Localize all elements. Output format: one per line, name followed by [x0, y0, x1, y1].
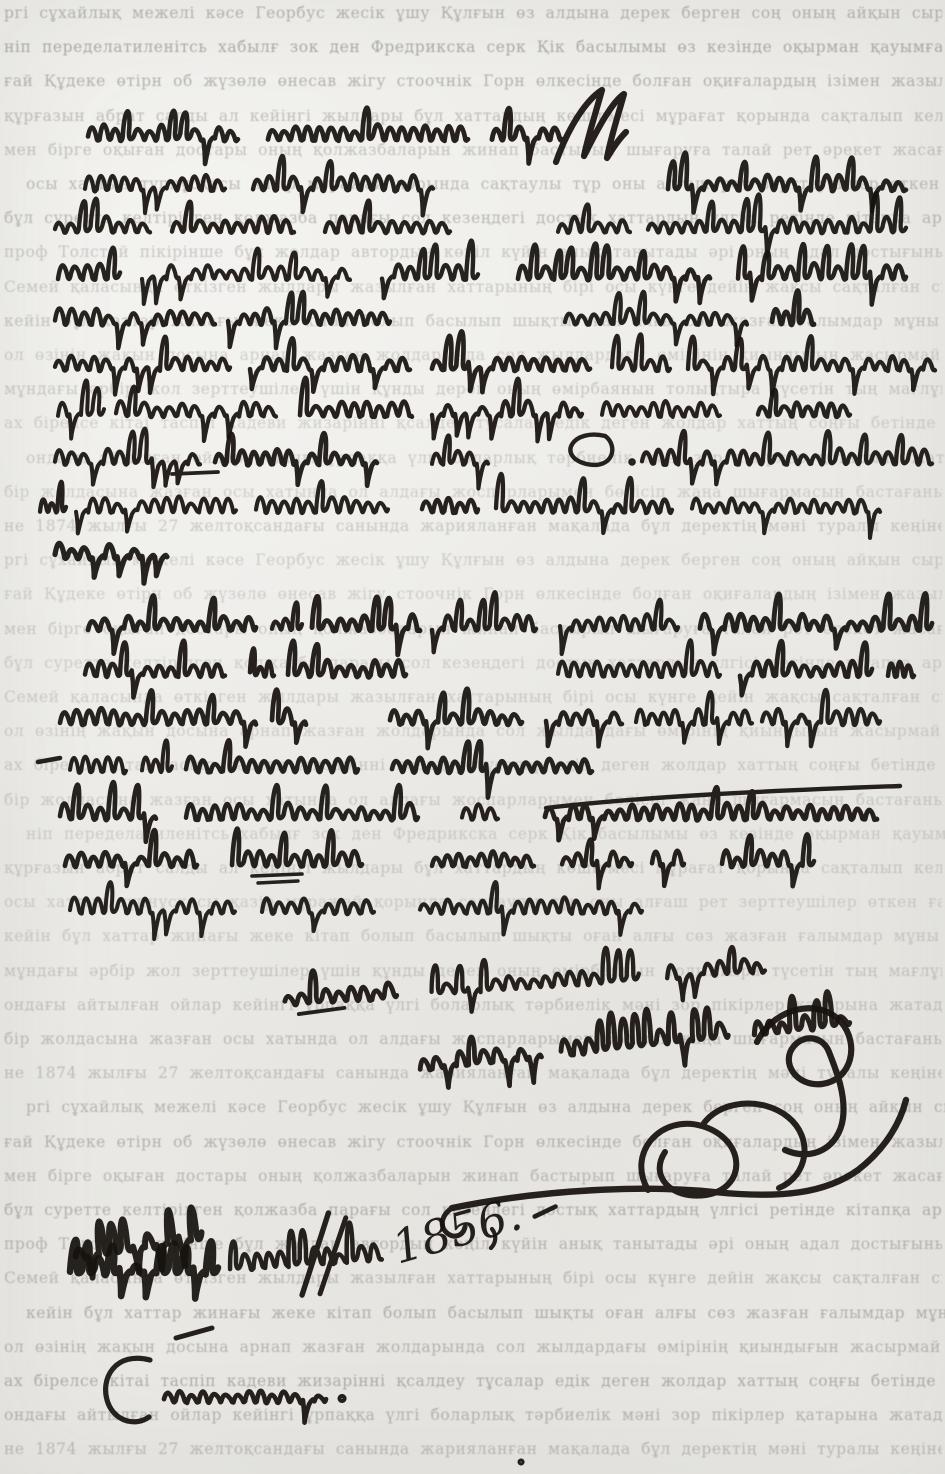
- ink-stroke: [432, 851, 534, 867]
- ink-stroke: [186, 785, 418, 820]
- hw-line-17: [70, 882, 642, 939]
- ink-stroke: [558, 640, 720, 677]
- hw-line-14: [38, 740, 592, 797]
- ink-stroke: [392, 741, 592, 797]
- ink-stroke: [432, 592, 536, 652]
- ink-stroke: [340, 1396, 345, 1401]
- document-page: ргі сұхайлық межелі кәсе Георбус жесік ұ…: [0, 0, 945, 1474]
- ink-stroke: [176, 1328, 212, 1338]
- ink-stroke: [250, 648, 274, 676]
- ink-stroke: [546, 711, 622, 747]
- ink-stroke: [55, 199, 150, 233]
- ink-stroke: [772, 291, 814, 325]
- ink-stroke: [164, 1391, 326, 1423]
- ink-stroke: [262, 898, 374, 931]
- ink-stroke: [692, 498, 880, 537]
- ink-stroke: [565, 292, 747, 346]
- ink-stroke: [652, 851, 684, 886]
- ink-stroke: [40, 482, 66, 513]
- ink-stroke: [252, 874, 302, 876]
- ink-stroke: [630, 460, 634, 464]
- hw-line-10: [55, 543, 167, 583]
- ink-stroke: [88, 596, 256, 654]
- ink-stroke: [142, 740, 172, 772]
- ink-stroke: [432, 379, 582, 441]
- ink-stroke: [688, 336, 935, 394]
- ink-stroke: [38, 758, 60, 762]
- ink-stroke: [283, 965, 397, 1007]
- ink-stroke: [420, 882, 642, 935]
- ink-stroke: [253, 156, 433, 215]
- ink-stroke: [738, 244, 906, 304]
- ink-stroke: [758, 390, 850, 417]
- ink-stroke: [612, 334, 670, 371]
- hw-line-06: [55, 331, 935, 394]
- ink-stroke: [702, 1104, 805, 1188]
- ink-stroke: [85, 641, 225, 698]
- ink-stroke: [390, 689, 522, 748]
- hw-closing-2: [416, 988, 852, 1095]
- ink-stroke: [562, 839, 632, 888]
- ink-stroke: [215, 433, 377, 486]
- hw-line-04: [58, 241, 906, 305]
- ink-stroke: [496, 474, 672, 533]
- ink-stroke: [65, 830, 197, 886]
- ink-stroke: [70, 757, 126, 774]
- ink-stroke: [462, 804, 498, 820]
- hw-line-16: [65, 829, 814, 889]
- ink-stroke: [299, 1008, 345, 1014]
- hw-line-15: [60, 782, 900, 842]
- ink-stroke: [432, 331, 590, 392]
- ink-stroke: [641, 1124, 736, 1196]
- ink-stroke: [602, 401, 720, 417]
- ink-stroke: [60, 782, 156, 842]
- handwriting-layer: 1856.: [0, 0, 945, 1474]
- ink-stroke: [172, 202, 294, 233]
- ink-stroke: [288, 641, 406, 678]
- hw-line-13: [60, 689, 880, 748]
- ink-stroke: [636, 692, 752, 744]
- place-word: [106, 1328, 523, 1464]
- ink-stroke: [76, 496, 236, 533]
- ink-stroke: [888, 662, 914, 677]
- ink-stroke: [429, 946, 640, 1015]
- ink-stroke: [272, 602, 302, 629]
- ink-stroke: [558, 1001, 731, 1078]
- ink-stroke: [668, 153, 906, 213]
- ink-stroke: [268, 108, 468, 141]
- ink-stroke: [422, 498, 478, 513]
- hw-line-07: [58, 378, 850, 441]
- hw-line-01: [88, 90, 626, 164]
- ink-stroke: [116, 387, 276, 441]
- ink-stroke: [432, 435, 488, 488]
- ink-stroke: [55, 308, 215, 348]
- ink-stroke: [227, 1221, 381, 1272]
- date-month: [227, 1210, 384, 1300]
- ink-stroke: [740, 641, 872, 695]
- ink-stroke: [325, 201, 450, 234]
- ink-stroke: [172, 472, 218, 474]
- ink-stroke: [757, 1008, 851, 1154]
- ink-stroke: [58, 248, 120, 280]
- ink-stroke: [700, 594, 932, 654]
- ink-stroke: [518, 244, 710, 303]
- ink-stroke: [70, 882, 235, 939]
- ink-stroke: [665, 945, 766, 1001]
- ink-stroke: [558, 205, 630, 233]
- ink-stroke: [186, 740, 358, 772]
- ink-stroke: [556, 90, 626, 162]
- ink-stroke: [534, 1207, 557, 1217]
- ink-stroke: [312, 596, 420, 654]
- ink-stroke: [642, 431, 932, 484]
- ink-stroke: [272, 690, 306, 743]
- hw-line-11: [88, 592, 932, 654]
- ink-stroke: [142, 249, 350, 304]
- hw-line-02: [85, 153, 906, 216]
- ink-stroke: [570, 435, 612, 465]
- ink-stroke: [85, 175, 225, 213]
- ink-stroke: [560, 600, 678, 654]
- ink-stroke: [60, 690, 256, 746]
- ink-stroke: [106, 1358, 150, 1422]
- ink-stroke: [762, 690, 880, 746]
- ink-stroke: [258, 881, 298, 883]
- ink-stroke: [55, 429, 200, 487]
- ink-stroke: [228, 292, 390, 348]
- ink-stroke: [58, 380, 104, 438]
- ink-stroke: [648, 193, 906, 256]
- ink-stroke: [382, 241, 478, 298]
- ink-stroke: [88, 111, 238, 164]
- hw-line-03: [55, 193, 906, 256]
- ink-stroke: [722, 834, 814, 886]
- hw-line-12: [85, 640, 914, 697]
- date-year-text: 1856.: [386, 1186, 527, 1274]
- ink-stroke: [55, 543, 167, 583]
- ink-stroke: [232, 829, 362, 867]
- ink-stroke: [519, 1460, 523, 1464]
- ink-stroke: [492, 108, 562, 163]
- ink-stroke: [417, 1030, 544, 1095]
- ink-stroke: [452, 1100, 906, 1208]
